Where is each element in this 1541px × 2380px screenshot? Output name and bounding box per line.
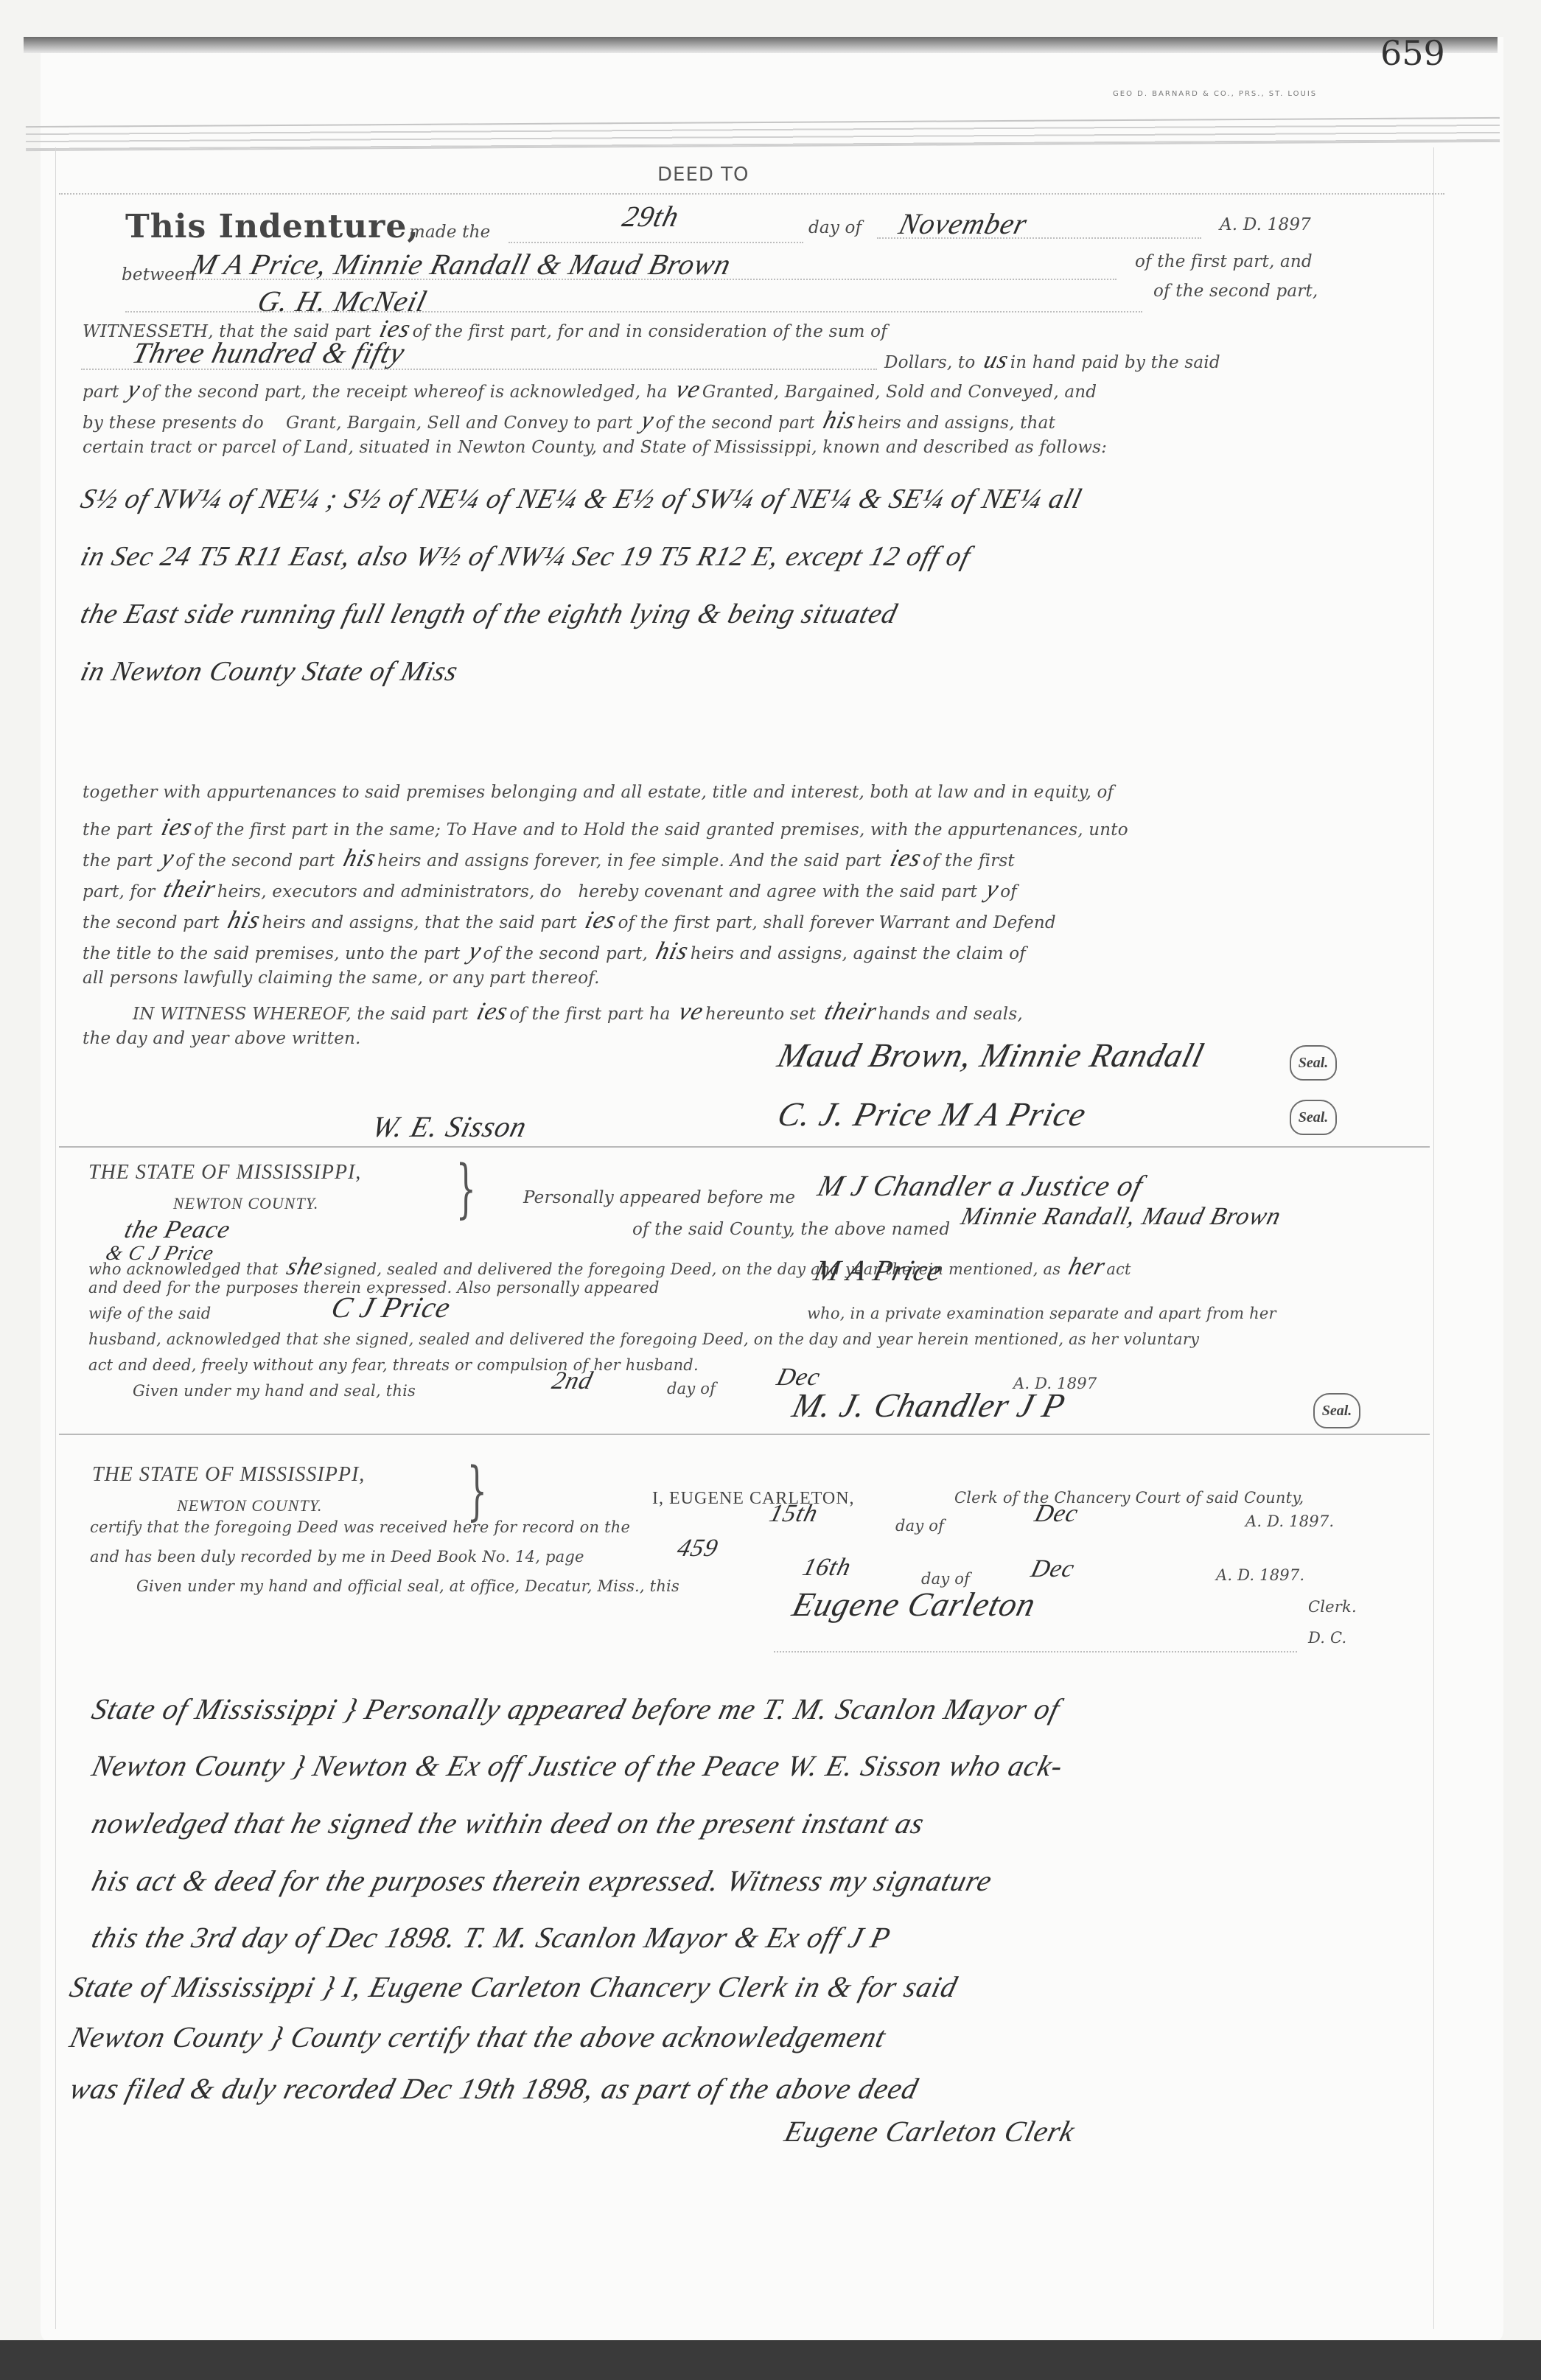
addendum-line: Eugene Carleton Clerk	[781, 2114, 1079, 2149]
ack-text: wife of the said	[88, 1305, 211, 1322]
rec-text: Clerk of the Chancery Court of said Coun…	[954, 1489, 1304, 1507]
fill-y: y	[125, 376, 144, 404]
habendum-text: hereby covenant and agree with the said …	[579, 882, 978, 901]
habendum-text: the part	[83, 851, 153, 870]
fill-their: their	[161, 876, 219, 904]
witnesseth-text: of the first part, for and in considerat…	[413, 322, 887, 341]
addendum-line: Newton County } Newton & Ex off Justice …	[88, 1748, 1067, 1783]
habendum-text: heirs and assigns, against the claim of	[691, 944, 1026, 963]
seal-icon: Seal.	[1290, 1045, 1337, 1081]
fill-ve: ve	[676, 998, 707, 1026]
ack-text: act and deed, freely without any fear, t…	[88, 1356, 699, 1374]
ack-officer: M J Chandler a Justice of	[814, 1168, 1147, 1203]
land-description-line: the East side running full length of the…	[77, 598, 901, 630]
rec-text: day of	[895, 1517, 944, 1535]
right-margin-line	[1433, 147, 1434, 2329]
page-top-edge	[24, 37, 1498, 53]
rec-received-year: A. D. 1897.	[1245, 1512, 1334, 1530]
between-label: between	[122, 265, 196, 285]
witnesseth-text: part	[83, 383, 119, 402]
ack-county: NEWTON COUNTY.	[173, 1194, 318, 1213]
witness-signature: W. E. Sisson	[368, 1109, 531, 1144]
witnesseth-text: of the second part, the receipt whereof …	[142, 383, 668, 402]
brace-icon: }	[467, 1459, 487, 1523]
dotted-rule	[774, 1651, 1297, 1653]
land-description-line: in Sec 24 T5 R11 East, also W½ of NW¼ Se…	[77, 540, 974, 573]
in-witness-text: IN WITNESS WHEREOF, the said part	[133, 1005, 469, 1024]
addendum-line: Newton County } County certify that the …	[66, 2020, 890, 2054]
rec-text: certify that the foregoing Deed was rece…	[90, 1518, 630, 1536]
fill-us: us	[981, 346, 1012, 374]
indenture-month: November	[895, 206, 1031, 241]
ack-signature: M. J. Chandler J P	[789, 1386, 1069, 1425]
rec-dc-label: D. C.	[1308, 1629, 1346, 1647]
rec-county: NEWTON COUNTY.	[177, 1496, 322, 1515]
indenture-year: A. D. 1897	[1220, 215, 1311, 234]
scan-shadow	[0, 2340, 1541, 2380]
rec-page-number: 459	[674, 1535, 721, 1563]
witnesseth-text: certain tract or parcel of Land, situate…	[83, 438, 1107, 457]
fill-her: her	[1066, 1253, 1108, 1281]
deed-title: DEED TO	[657, 164, 749, 186]
made-the-label: made the	[409, 223, 490, 242]
fill-ies: ies	[158, 814, 195, 842]
left-margin-line	[55, 147, 56, 2329]
addendum-line: this the 3rd day of Dec 1898. T. M. Scan…	[88, 1920, 895, 1955]
addendum-line: State of Mississippi } I, Eugene Carleto…	[66, 1969, 961, 2004]
rec-given-day: 16th	[800, 1554, 854, 1582]
ack-text: who, in a private examination separate a…	[807, 1305, 1276, 1322]
witnesseth-text: of the second part	[656, 413, 815, 433]
witnesseth-text: Grant, Bargain, Sell and Convey to part	[286, 413, 633, 433]
rec-given-year: A. D. 1897.	[1216, 1566, 1304, 1584]
habendum-text: the title to the said premises, unto the…	[83, 944, 460, 963]
witnesseth-text: by these presents do	[83, 413, 264, 433]
in-witness-text: of the first part ha	[509, 1005, 670, 1024]
ack-text: Given under my hand and seal, this	[133, 1382, 416, 1400]
habendum-text: all persons lawfully claiming the same, …	[83, 969, 600, 988]
witnesseth-text: in hand paid by the said	[1010, 353, 1220, 372]
brace-icon: }	[456, 1157, 476, 1221]
dotted-rule	[188, 279, 1117, 280]
addendum-line: was filed & duly recorded Dec 19th 1898,…	[66, 2071, 922, 2106]
fill-ies: ies	[887, 845, 924, 873]
rec-clerk-signature: Eugene Carleton	[789, 1585, 1040, 1624]
habendum-text: of the second part,	[483, 944, 648, 963]
ack-officer-cont: the Peace	[122, 1216, 234, 1244]
ack-named-parties: Minnie Randall, Maud Brown	[958, 1203, 1284, 1231]
indenture-heading: This Indenture,	[125, 208, 419, 245]
grantor-signatures-row1: Maud Brown, Minnie Randall	[774, 1036, 1208, 1075]
dotted-rule	[81, 369, 877, 370]
habendum-text: the part	[83, 820, 153, 840]
ack-text: who acknowledged that	[88, 1260, 279, 1278]
dotted-rule	[59, 193, 1444, 195]
fill-his: his	[653, 938, 691, 966]
fill-ies: ies	[582, 907, 619, 935]
section-divider	[59, 1146, 1430, 1148]
ack-text: of the said County, the above named	[632, 1220, 950, 1239]
dotted-rule	[125, 311, 1142, 313]
seal-icon: Seal.	[1313, 1393, 1360, 1428]
consideration-sum: Three hundred & fifty	[129, 335, 409, 370]
grantors: M A Price, Minnie Randall & Maud Brown	[188, 247, 735, 282]
ack-text: husband, acknowledged that she signed, s…	[88, 1330, 1199, 1348]
habendum-text: heirs, executors and administrators, do	[217, 882, 562, 901]
fill-she: she	[284, 1253, 326, 1281]
seal-icon: Seal.	[1290, 1100, 1337, 1135]
in-witness-text: the day and year above written.	[83, 1029, 361, 1048]
grantee: G. H. McNeil	[254, 284, 430, 318]
habendum-text: together with appurtenances to said prem…	[83, 783, 1114, 802]
fill-y: y	[158, 845, 178, 873]
in-witness-text: hereunto set	[705, 1005, 816, 1024]
first-part-label: of the first part, and	[1135, 252, 1313, 271]
habendum-text: of the first part in the same; To Have a…	[194, 820, 1128, 840]
addendum-line: his act & deed for the purposes therein …	[88, 1863, 996, 1898]
fill-their: their	[822, 998, 880, 1026]
second-part-label: of the second part,	[1153, 282, 1318, 301]
addendum-line: State of Mississippi } Personally appear…	[88, 1692, 1063, 1726]
habendum-text: part, for	[83, 882, 155, 901]
page-number: 659	[1380, 33, 1445, 73]
land-description-line: in Newton County State of Miss	[77, 655, 461, 688]
witnesseth-text: heirs and assigns, that	[857, 413, 1055, 433]
ack-text: act	[1106, 1260, 1131, 1278]
habendum-text: of the first	[923, 851, 1015, 870]
rec-clerk-intro: I, EUGENE CARLETON,	[652, 1489, 855, 1509]
section-divider	[59, 1434, 1430, 1435]
day-of-label: day of	[808, 218, 862, 237]
rec-state: THE STATE OF MISSISSIPPI,	[92, 1463, 365, 1487]
fill-y: y	[638, 407, 657, 435]
habendum-text: heirs and assigns, that the said part	[262, 913, 576, 932]
addendum-line: nowledged that he signed the within deed…	[88, 1806, 928, 1840]
rec-text: and has been duly recorded by me in Deed…	[90, 1548, 584, 1566]
witnesseth-text: Dollars, to	[884, 353, 975, 372]
habendum-text: heirs and assigns forever, in fee simple…	[377, 851, 881, 870]
fill-y: y	[466, 938, 485, 966]
land-description-line: S½ of NW¼ of NE¼ ; S½ of NE¼ of NE¼ & E½…	[77, 483, 1086, 515]
ack-husband: C J Price	[328, 1290, 455, 1325]
fill-ve: ve	[673, 376, 704, 404]
fill-his: his	[820, 407, 859, 435]
ack-state: THE STATE OF MISSISSIPPI,	[88, 1161, 361, 1184]
ack-text: day of	[667, 1380, 716, 1397]
rec-text: Given under my hand and official seal, a…	[136, 1577, 679, 1595]
fill-his: his	[340, 845, 379, 873]
rec-clerk-label: Clerk.	[1308, 1598, 1357, 1616]
habendum-text: of the first part, shall forever Warrant…	[618, 913, 1056, 932]
rec-given-month: Dec	[1028, 1555, 1077, 1583]
grantor-signatures-row2: C. J. Price M A Price	[774, 1095, 1091, 1134]
ack-text: Personally appeared before me	[523, 1188, 795, 1207]
fill-ies: ies	[474, 998, 511, 1026]
rec-received-day: 15th	[766, 1500, 821, 1528]
witnesseth-text: Granted, Bargained, Sold and Conveyed, a…	[702, 383, 1097, 402]
rec-received-month: Dec	[1032, 1500, 1081, 1528]
ack-also-appeared: M A Price	[811, 1253, 946, 1288]
in-witness-text: hands and seals,	[878, 1005, 1023, 1024]
habendum-text: of	[1000, 882, 1017, 901]
dotted-rule	[877, 237, 1201, 239]
habendum-text: of the second part	[175, 851, 335, 870]
dotted-rule	[509, 242, 803, 243]
fill-y: y	[983, 876, 1002, 904]
ack-day: 2nd	[549, 1367, 595, 1395]
fill-his: his	[225, 907, 263, 935]
printer-imprint: GEO D. BARNARD & CO., PRS., ST. LOUIS	[1113, 90, 1317, 98]
indenture-day: 29th	[619, 199, 683, 234]
ack-text: signed, sealed and delivered the foregoi…	[324, 1260, 1060, 1278]
habendum-text: the second part	[83, 913, 220, 932]
